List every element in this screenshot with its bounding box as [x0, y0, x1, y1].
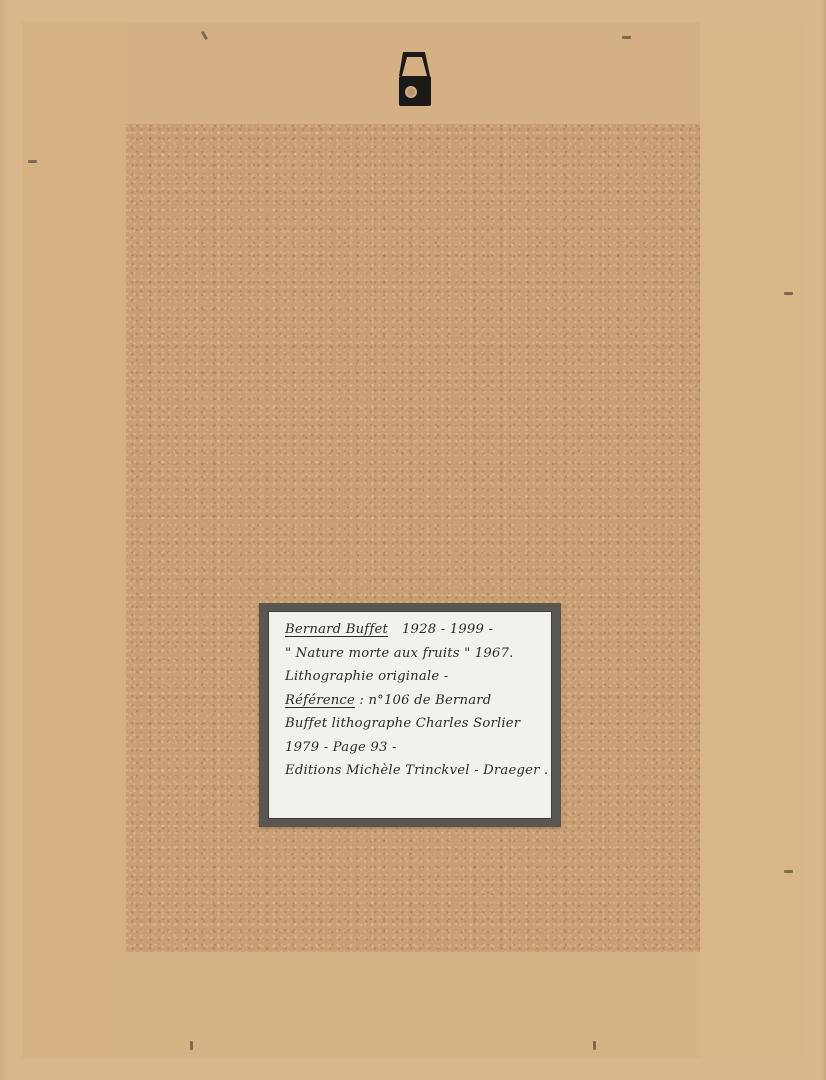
- label-line-6: 1979 - Page 93 -: [285, 736, 541, 760]
- artist-name: Bernard Buffet: [285, 622, 388, 637]
- frame-nail: [784, 870, 793, 873]
- provenance-label: Bernard Buffet1928 - 1999 - " Nature mor…: [259, 603, 561, 827]
- reference-heading: Référence: [285, 693, 355, 708]
- label-line-5: Buffet lithographe Charles Sorlier: [285, 712, 541, 736]
- paper-tape-left: [22, 22, 126, 1058]
- frame-backing: Bernard Buffet1928 - 1999 - " Nature mor…: [0, 0, 826, 1080]
- sawtooth-hanger-icon: [397, 50, 433, 108]
- frame-nail: [622, 36, 631, 39]
- paper-tape-bottom: [126, 952, 700, 1058]
- frame-nail: [593, 1041, 596, 1050]
- artwork-title: " Nature morte aux fruits " 1967.: [285, 642, 541, 666]
- artwork-medium: Lithographie originale -: [285, 665, 541, 689]
- label-line-4: Référence : n°106 de Bernard: [285, 689, 541, 713]
- artist-dates: 1928 - 1999 -: [402, 622, 493, 637]
- frame-nail: [784, 292, 793, 295]
- hardboard-panel: [126, 124, 700, 952]
- reference-text: : n°106 de Bernard: [359, 693, 491, 708]
- label-card: Bernard Buffet1928 - 1999 - " Nature mor…: [268, 611, 552, 819]
- label-line-1: Bernard Buffet1928 - 1999 -: [285, 618, 541, 642]
- frame-nail: [190, 1041, 193, 1050]
- paper-tape-right: [700, 22, 804, 1058]
- frame-nail: [28, 160, 37, 163]
- label-line-7: Editions Michèle Trinckvel - Draeger .: [285, 759, 541, 783]
